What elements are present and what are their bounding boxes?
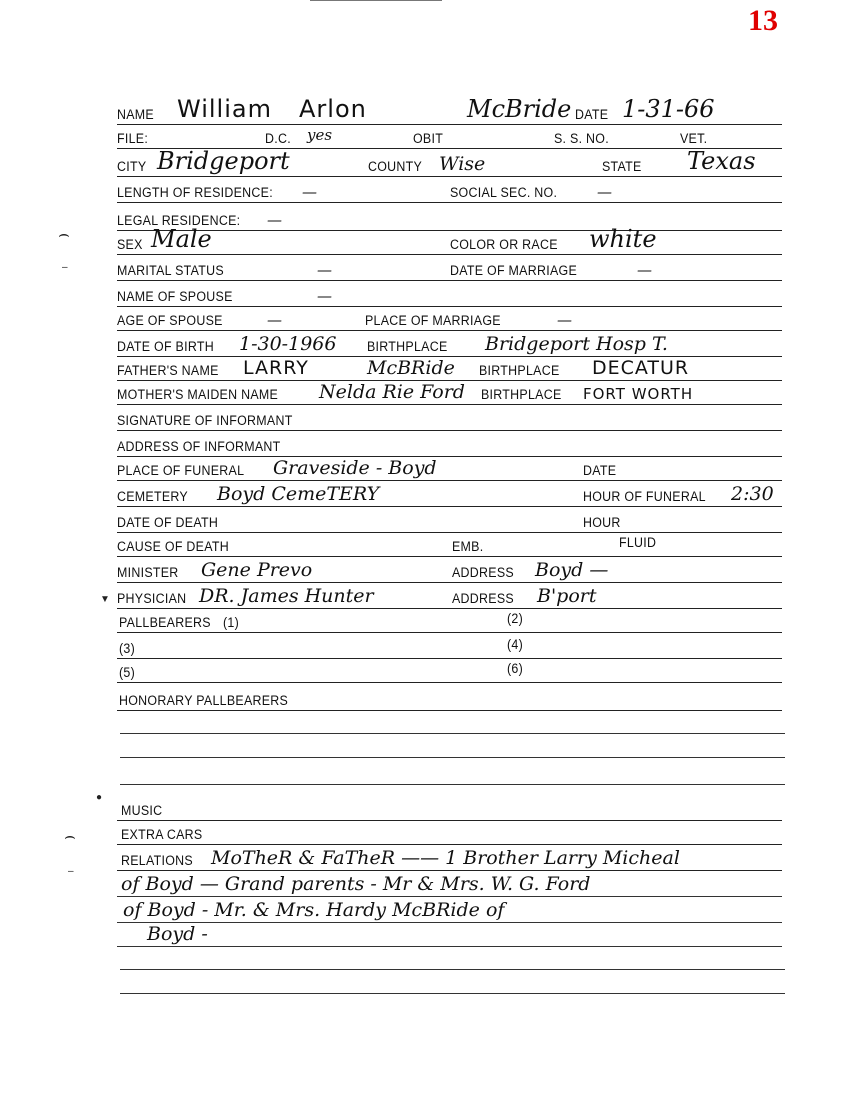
pallbearer-slot-1[interactable]: (1) xyxy=(223,615,239,630)
file-row: FILE: D.C. yes OBIT S. S. NO. VET. xyxy=(117,124,782,149)
informant-address-row: ADDRESS OF INFORMANT xyxy=(117,432,782,457)
honorary-pallbearers-label: HONORARY PALLBEARERS xyxy=(119,693,288,708)
funeral-place-row: PLACE OF FUNERAL Graveside - Boyd DATE xyxy=(117,456,782,481)
music-row: MUSIC xyxy=(117,796,782,821)
hour-of-funeral-label: HOUR OF FUNERAL xyxy=(583,489,706,504)
city-label: CITY xyxy=(117,159,146,174)
sex-label: SEX xyxy=(117,237,143,252)
relations-row: RELATIONS MoTheR & FaTheR —— 1 Brother L… xyxy=(117,846,782,871)
age-of-spouse-label: AGE OF SPOUSE xyxy=(117,313,223,328)
name-middle[interactable]: Arlon xyxy=(299,95,367,123)
county-value[interactable]: Wise xyxy=(439,153,485,175)
name-row: NAME William Arlon McBride DATE 1-31-66 xyxy=(117,100,782,125)
marital-status-value[interactable]: — xyxy=(317,261,332,279)
pallbearers-row-3: (5) (6) xyxy=(117,658,782,683)
minister-value[interactable]: Gene Prevo xyxy=(201,559,312,581)
birth-row: DATE OF BIRTH 1-30-1966 BIRTHPLACE Bridg… xyxy=(117,332,782,357)
signature-of-informant-label: SIGNATURE OF INFORMANT xyxy=(117,413,293,428)
pallbearer-slot-5[interactable]: (5) xyxy=(119,665,135,680)
funeral-date-label: DATE xyxy=(583,463,616,478)
margin-dash-mark: – xyxy=(62,262,68,273)
blank-line[interactable] xyxy=(120,733,785,734)
place-of-marriage-value[interactable]: — xyxy=(557,311,572,329)
legal-residence-row: LEGAL RESIDENCE: — xyxy=(117,206,782,231)
father-row: FATHER'S NAME LARRY McBRide BIRTHPLACE D… xyxy=(117,356,782,381)
minister-row: MINISTER Gene Prevo ADDRESS Boyd — xyxy=(117,558,782,583)
pallbearer-slot-3[interactable]: (3) xyxy=(119,641,135,656)
margin-dash-mark: – xyxy=(68,866,74,877)
city-value[interactable]: Bridgeport xyxy=(157,147,290,175)
mothers-maiden-name-label: MOTHER'S MAIDEN NAME xyxy=(117,387,278,402)
physician-address-value[interactable]: B'port xyxy=(537,585,597,607)
margin-arc-mark: ⌢ xyxy=(58,224,70,245)
pallbearers-row-1: PALLBEARERS (1) (2) xyxy=(117,608,782,633)
margin-dot-mark: ● xyxy=(96,792,102,803)
name-of-spouse-value[interactable]: — xyxy=(317,287,332,305)
social-sec-label: SOCIAL SEC. NO. xyxy=(450,185,557,200)
date-value[interactable]: 1-31-66 xyxy=(622,95,715,123)
age-of-spouse-value[interactable]: — xyxy=(267,311,282,329)
state-value[interactable]: Texas xyxy=(687,147,756,175)
blank-line[interactable] xyxy=(120,969,785,970)
birthplace-value[interactable]: Bridgeport Hosp T. xyxy=(485,333,668,355)
blank-line[interactable] xyxy=(120,784,785,785)
place-of-marriage-label: PLACE OF MARRIAGE xyxy=(365,313,501,328)
mother-birthplace-value[interactable]: FORT WORTH xyxy=(583,385,693,403)
pallbearers-label: PALLBEARERS xyxy=(119,615,211,630)
date-label: DATE xyxy=(575,107,608,122)
top-rule xyxy=(310,0,442,1)
relations-label: RELATIONS xyxy=(121,853,193,868)
marital-status-label: MARITAL STATUS xyxy=(117,263,224,278)
relations-continuation: of Boyd — Grand parents - Mr & Mrs. W. G… xyxy=(117,872,782,897)
fluid-label: FLUID xyxy=(619,535,656,550)
date-of-birth-value[interactable]: 1-30-1966 xyxy=(239,333,336,355)
pallbearer-slot-6[interactable]: (6) xyxy=(507,661,523,676)
age-spouse-row: AGE OF SPOUSE — PLACE OF MARRIAGE — xyxy=(117,306,782,331)
birthplace-label: BIRTHPLACE xyxy=(367,339,448,354)
sex-row: SEX Male COLOR OR RACE white xyxy=(117,230,782,255)
name-first[interactable]: William xyxy=(177,95,272,123)
physician-label: PHYSICIAN xyxy=(117,591,186,606)
fathers-name-label: FATHER'S NAME xyxy=(117,363,219,378)
cause-row: CAUSE OF DEATH EMB. FLUID xyxy=(117,532,782,557)
color-or-race-label: COLOR OR RACE xyxy=(450,237,558,252)
relations-line-1[interactable]: MoTheR & FaTheR —— 1 Brother Larry Miche… xyxy=(211,847,680,869)
state-label: STATE xyxy=(602,159,642,174)
dc-value[interactable]: yes xyxy=(307,126,332,144)
death-row: DATE OF DEATH HOUR xyxy=(117,508,782,533)
mothers-maiden-name-value[interactable]: Nelda Rie Ford xyxy=(319,381,465,403)
date-of-birth-label: DATE OF BIRTH xyxy=(117,339,214,354)
hour-label: HOUR xyxy=(583,515,621,530)
signature-row: SIGNATURE OF INFORMANT xyxy=(117,406,782,431)
relations-line-3[interactable]: of Boyd - Mr. & Mrs. Hardy McBRide of xyxy=(123,899,504,921)
cemetery-value[interactable]: Boyd CemeTERY xyxy=(217,483,379,505)
fathers-first-name[interactable]: LARRY xyxy=(243,357,309,379)
name-of-spouse-label: NAME OF SPOUSE xyxy=(117,289,233,304)
length-of-residence-label: LENGTH OF RESIDENCE: xyxy=(117,185,273,200)
minister-label: MINISTER xyxy=(117,565,179,580)
dc-label: D.C. xyxy=(265,131,291,146)
date-of-marriage-value[interactable]: — xyxy=(637,261,652,279)
county-label: COUNTY xyxy=(368,159,422,174)
name-label: NAME xyxy=(117,107,154,122)
city-row: CITY Bridgeport COUNTY Wise STATE Texas xyxy=(117,152,782,177)
social-sec-value[interactable]: — xyxy=(597,183,612,201)
emb-label: EMB. xyxy=(452,539,483,554)
sex-value[interactable]: Male xyxy=(151,225,212,253)
father-birthplace-label: BIRTHPLACE xyxy=(479,363,560,378)
cemetery-row: CEMETERY Boyd CemeTERY HOUR OF FUNERAL 2… xyxy=(117,482,782,507)
pallbearer-slot-2[interactable]: (2) xyxy=(507,611,523,626)
physician-address-label: ADDRESS xyxy=(452,591,514,606)
color-or-race-value[interactable]: white xyxy=(589,225,657,253)
margin-arrow-mark: ▼ xyxy=(100,594,110,605)
honorary-pallbearers-row: HONORARY PALLBEARERS xyxy=(117,686,782,711)
legal-residence-value[interactable]: — xyxy=(267,211,282,229)
cause-of-death-label: CAUSE OF DEATH xyxy=(117,539,229,554)
relations-line-4[interactable]: Boyd - xyxy=(147,923,208,945)
marital-row: MARITAL STATUS — DATE OF MARRIAGE — xyxy=(117,256,782,281)
length-of-residence-value[interactable]: — xyxy=(302,183,317,201)
fathers-last-name[interactable]: McBRide xyxy=(367,357,455,379)
physician-value[interactable]: DR. James Hunter xyxy=(199,585,374,607)
place-of-funeral-label: PLACE OF FUNERAL xyxy=(117,463,244,478)
obit-label: OBIT xyxy=(413,131,443,146)
pallbearers-row-2: (3) (4) xyxy=(117,634,782,659)
name-last[interactable]: McBride xyxy=(467,95,571,123)
minister-address-label: ADDRESS xyxy=(452,565,514,580)
place-of-funeral-value[interactable]: Graveside - Boyd xyxy=(273,457,437,479)
date-of-death-label: DATE OF DEATH xyxy=(117,515,218,530)
relations-continuation: of Boyd - Mr. & Mrs. Hardy McBRide of xyxy=(117,898,782,923)
blank-line[interactable] xyxy=(120,757,785,758)
address-of-informant-label: ADDRESS OF INFORMANT xyxy=(117,439,281,454)
hour-of-funeral-value[interactable]: 2:30 xyxy=(731,483,774,505)
relations-line-2[interactable]: of Boyd — Grand parents - Mr & Mrs. W. G… xyxy=(121,873,590,895)
mother-birthplace-label: BIRTHPLACE xyxy=(481,387,562,402)
music-label: MUSIC xyxy=(121,803,162,818)
blank-line[interactable] xyxy=(120,993,785,994)
margin-arc-mark: ⌢ xyxy=(64,826,76,847)
relations-continuation: Boyd - xyxy=(117,922,782,947)
mother-row: MOTHER'S MAIDEN NAME Nelda Rie Ford BIRT… xyxy=(117,380,782,405)
father-birthplace-value[interactable]: DECATUR xyxy=(592,357,689,379)
file-label: FILE: xyxy=(117,131,148,146)
extra-cars-label: EXTRA CARS xyxy=(121,827,202,842)
date-of-marriage-label: DATE OF MARRIAGE xyxy=(450,263,577,278)
extra-cars-row: EXTRA CARS xyxy=(117,820,782,845)
physician-row: PHYSICIAN DR. James Hunter ADDRESS B'por… xyxy=(117,584,782,609)
ss-no-label: S. S. NO. xyxy=(554,131,609,146)
residence-row: LENGTH OF RESIDENCE: — SOCIAL SEC. NO. — xyxy=(117,178,782,203)
cemetery-label: CEMETERY xyxy=(117,489,188,504)
pallbearer-slot-4[interactable]: (4) xyxy=(507,637,523,652)
spouse-row: NAME OF SPOUSE — xyxy=(117,282,782,307)
minister-address-value[interactable]: Boyd — xyxy=(535,559,608,581)
vet-label: VET. xyxy=(680,131,707,146)
page-number: 13 xyxy=(748,4,778,38)
